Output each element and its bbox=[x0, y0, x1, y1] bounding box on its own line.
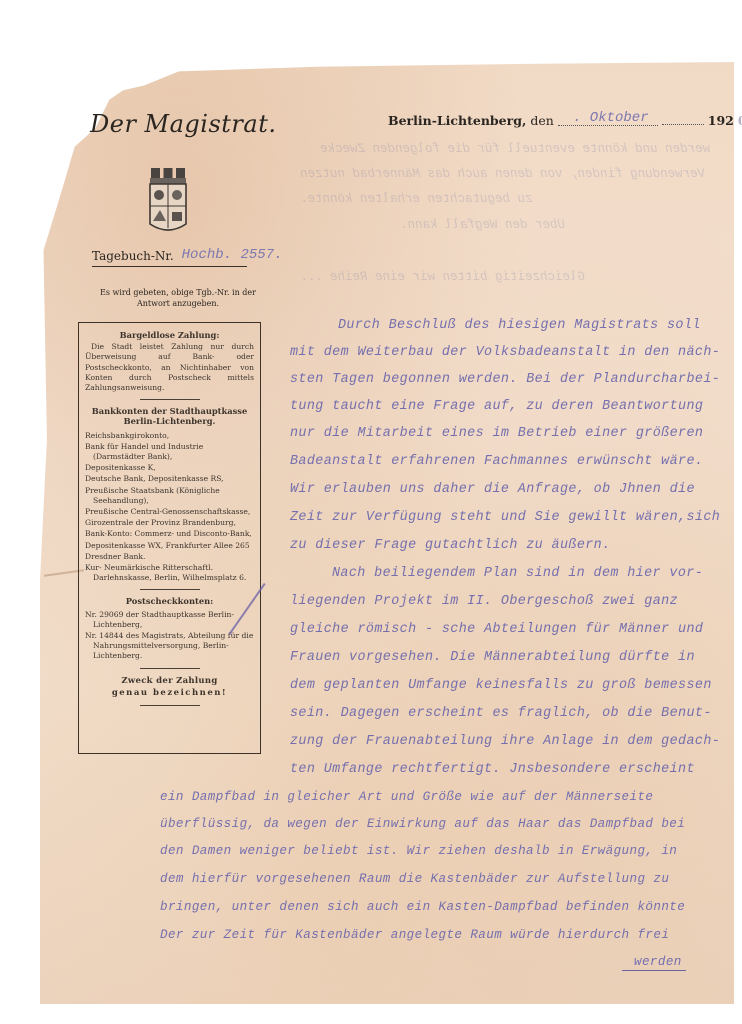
bank-account: Kur- Neumärkische Ritterschaftl. Darlehn… bbox=[85, 563, 254, 583]
bank-account: Depositenkasse K, bbox=[85, 463, 254, 473]
cashless-heading: Bargeldlose Zahlung: bbox=[85, 330, 254, 340]
bank-heading-city: Berlin-Lichtenberg. bbox=[85, 416, 254, 426]
issuer-title: Der Magistrat. bbox=[90, 110, 276, 138]
payment-info-box: Bargeldlose Zahlung: Die Stadt leistet Z… bbox=[78, 322, 261, 754]
divider bbox=[140, 399, 200, 400]
body-line: zu dieser Frage gutachtlich zu äußern. bbox=[290, 538, 611, 553]
body-line: Nach beiliegendem Plan sind in dem hier … bbox=[332, 566, 703, 581]
postal-account-list: Nr. 29069 der Stadthauptkasse Berlin-Lic… bbox=[85, 610, 254, 662]
place-date-line: Berlin-Lichtenberg,den. Oktober1920. bbox=[388, 113, 742, 128]
body-line: gleiche römisch - sche Abteilungen für M… bbox=[290, 622, 703, 637]
diary-label: Tagebuch-Nr. bbox=[92, 249, 174, 263]
body-line: Wir erlauben uns daher die Anfrage, ob J… bbox=[290, 482, 695, 497]
body-line: Zeit zur Verfügung steht und Sie gewillt… bbox=[290, 510, 720, 525]
body-line: den Damen weniger beliebt ist. Wir ziehe… bbox=[160, 844, 677, 858]
bank-account: Preußische Staatsbank (Königliche Seehan… bbox=[85, 486, 254, 506]
coat-of-arms-icon bbox=[148, 166, 188, 236]
bleed-through-line: Gleichzeitig bitten wir eine Reihe ... bbox=[300, 270, 585, 284]
body-line: tung taucht eine Frage auf, zu deren Bea… bbox=[290, 399, 703, 414]
body-line: dem hierfür vorgesehenen Raum die Kasten… bbox=[160, 872, 669, 886]
bank-account: Preußische Central-Genossenschaftskasse, bbox=[85, 507, 254, 517]
body-line: Der zur Zeit für Kastenbäder angelegte R… bbox=[160, 928, 669, 942]
bank-account: Deutsche Bank, Depositenkasse RS, bbox=[85, 474, 254, 484]
body-line: ein Dampfbad in gleicher Art und Größe w… bbox=[160, 790, 653, 804]
body-line: nur die Mitarbeit eines im Betrieb einer… bbox=[290, 426, 703, 441]
postal-account: Nr. 29069 der Stadthauptkasse Berlin-Lic… bbox=[85, 610, 254, 630]
date-year: 192 bbox=[708, 113, 734, 128]
diary-value: Hochb. 2557. bbox=[182, 247, 283, 263]
divider bbox=[140, 668, 200, 669]
diary-number: Tagebuch-Nr.Hochb. 2557. bbox=[92, 249, 282, 265]
bank-heading: Bankkonten der Stadthauptkasse bbox=[85, 406, 254, 416]
body-line: ten Umfange rechtfertigt. Jnsbesondere e… bbox=[290, 762, 695, 777]
body-line: mit dem Weiterbau der Volksbadeanstalt i… bbox=[290, 345, 720, 360]
bank-account: Girozentrale der Provinz Brandenburg, bbox=[85, 518, 254, 528]
bleed-through-line: werden und könnte eventuell für die folg… bbox=[320, 142, 710, 156]
bleed-through-line: Über den Wegfall kann. bbox=[400, 218, 565, 232]
bank-account: Depositenkasse WX, Frankfurter Allee 265 bbox=[85, 541, 254, 551]
date-year-tail: 0. bbox=[738, 113, 742, 128]
payment-purpose-line-1: Zweck der Zahlung bbox=[85, 675, 254, 687]
bank-account: Bank-Konto: Commerz- und Disconto-Bank, bbox=[85, 529, 254, 539]
body-line: Badeanstalt erfahrenen Fachmannes erwüns… bbox=[290, 454, 703, 469]
bank-account: Reichsbankgirokonto, bbox=[85, 431, 254, 441]
payment-purpose-line-2: genau bezeichnen! bbox=[85, 687, 254, 699]
postal-heading: Postscheckkonten: bbox=[85, 596, 254, 606]
body-line: Durch Beschluß des hiesigen Magistrats s… bbox=[338, 318, 701, 333]
body-line: dem geplanten Umfange keinesfalls zu gro… bbox=[290, 678, 712, 693]
cashless-text: Die Stadt leistet Zahlung nur durch Über… bbox=[85, 342, 254, 393]
bank-account: Dresdner Bank. bbox=[85, 552, 254, 562]
bank-account-list: Reichsbankgirokonto, Bank für Handel und… bbox=[85, 431, 254, 584]
divider bbox=[140, 589, 200, 590]
divider bbox=[140, 705, 200, 706]
bleed-through-line: zu begutachten erhalten könnte. bbox=[300, 192, 533, 206]
date-prefix: den bbox=[530, 113, 553, 128]
diary-note: Es wird gebeten, obige Tgb.-Nr. in der A… bbox=[88, 287, 268, 309]
bleed-through-line: Verwendung finden, von denen auch das Mä… bbox=[300, 167, 705, 181]
body-line-final: werden bbox=[622, 955, 686, 971]
bank-account: Bank für Handel und Industrie (Darmstädt… bbox=[85, 442, 254, 462]
diary-underline bbox=[92, 266, 247, 267]
body-line: bringen, unter denen sich auch ein Kaste… bbox=[160, 900, 685, 914]
place-name: Berlin-Lichtenberg, bbox=[388, 113, 526, 128]
body-line: Frauen vorgesehen. Die Männerabteilung d… bbox=[290, 650, 695, 665]
date-month-blank bbox=[662, 124, 704, 125]
body-line: überflüssig, da wegen der Einwirkung auf… bbox=[160, 817, 685, 831]
date-month: . Oktober bbox=[573, 110, 649, 126]
body-line: liegenden Projekt im II. Obergeschoß zwe… bbox=[290, 594, 678, 609]
body-line: sten Tagen begonnen werden. Bei der Plan… bbox=[290, 372, 720, 387]
postal-account: Nr. 14844 des Magistrats, Abteilung für … bbox=[85, 631, 254, 662]
body-line: sein. Dagegen erscheint es fraglich, ob … bbox=[290, 706, 712, 721]
body-line: zung der Frauenabteilung ihre Anlage in … bbox=[290, 734, 720, 749]
